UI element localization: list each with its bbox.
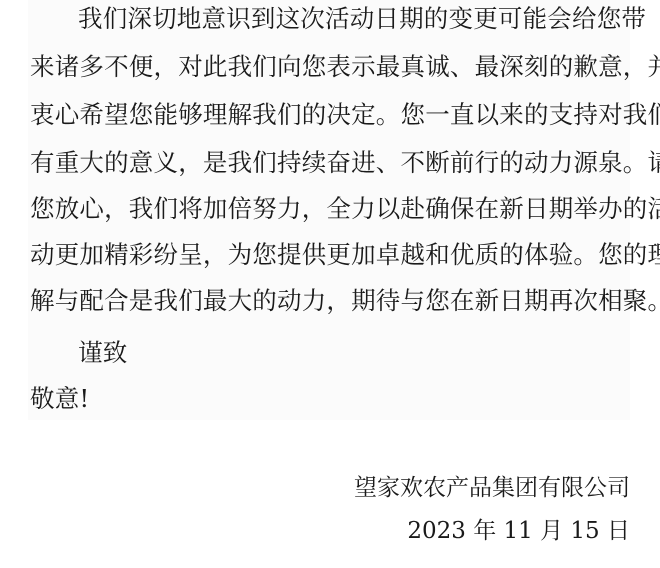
body-line-1: 我们深切地意识到这次活动日期的变更可能会给您带 <box>78 4 646 34</box>
body-line-4: 有重大的意义，是我们持续奋进、不断前行的动力源泉。请 <box>30 148 660 178</box>
closing-salutation: 谨致 <box>78 338 127 368</box>
signature-date: 2023 年 11 月 15 日 <box>407 516 630 546</box>
body-line-2: 来诸多不便，对此我们向您表示最真诚、最深刻的歉意，并 <box>30 52 660 82</box>
signature-company: 望家欢农产品集团有限公司 <box>354 473 630 503</box>
closing-regards: 敬意! <box>30 384 89 414</box>
body-line-7: 解与配合是我们最大的动力，期待与您在新日期再次相聚。 <box>30 286 660 316</box>
body-line-3: 衷心希望您能够理解我们的决定。您一直以来的支持对我们 <box>30 100 660 130</box>
body-line-6: 动更加精彩纷呈，为您提供更加卓越和优质的体验。您的理 <box>30 240 660 270</box>
body-line-5: 您放心，我们将加倍努力，全力以赴确保在新日期举办的活 <box>30 194 660 224</box>
